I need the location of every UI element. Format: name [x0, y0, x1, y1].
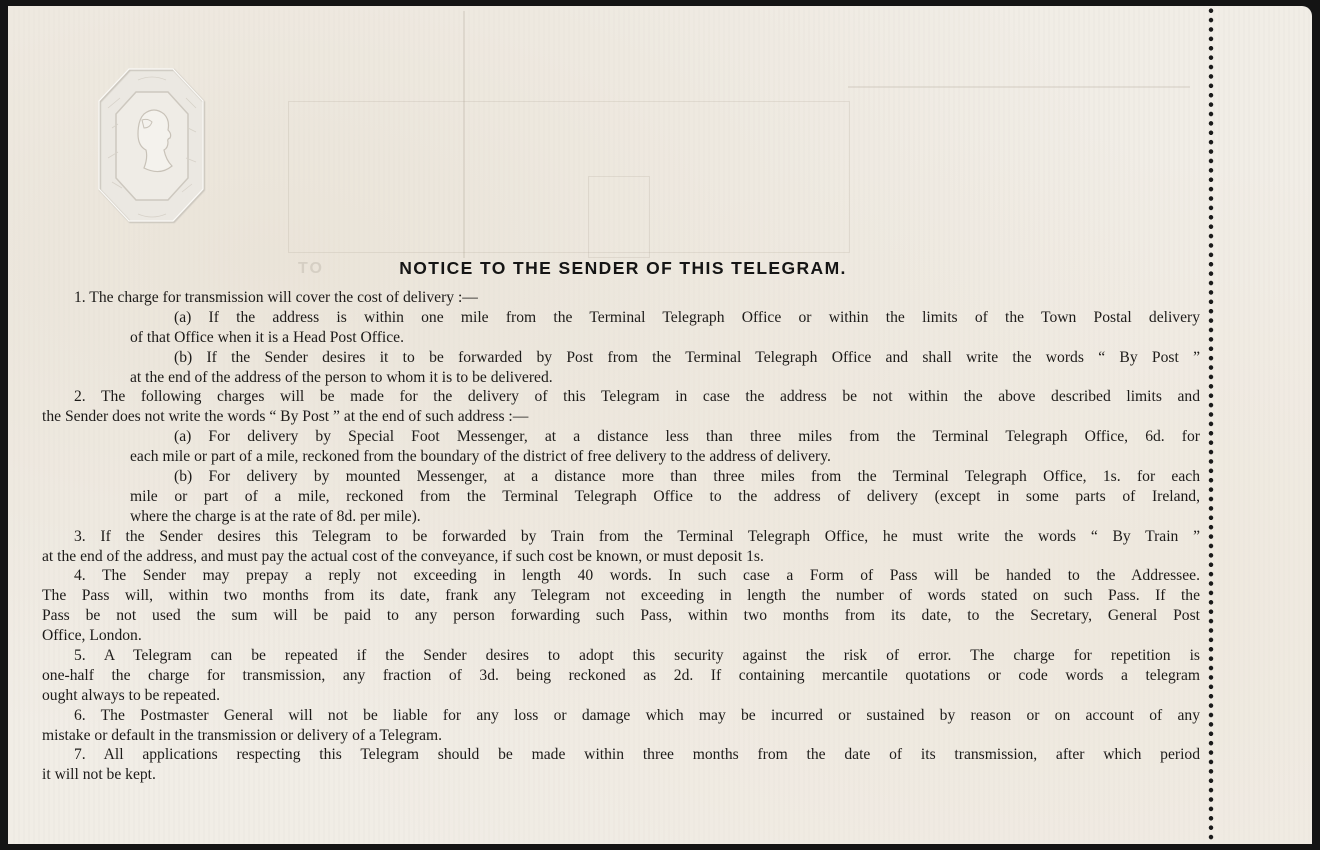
show-through-rule [463, 11, 465, 258]
notice-line: 4. The Sender may prepay a reply not exc… [42, 566, 1200, 586]
show-through-rule [848, 86, 1190, 88]
notice-line: Office, London. [42, 626, 1200, 646]
notice-line: 1. The charge for transmission will cove… [42, 288, 1200, 308]
embossed-stamp-icon [98, 68, 206, 224]
notice-line: The Pass will, within two months from it… [42, 586, 1200, 606]
notice-line: 5. A Telegram can be repeated if the Sen… [42, 646, 1200, 666]
notice-line: 2. The following charges will be made fo… [42, 387, 1200, 407]
perforation-line [1207, 6, 1215, 844]
notice-title: NOTICE TO THE SENDER OF THIS TELEGRAM. [0, 258, 1240, 279]
notice-line: (a) If the address is within one mile fr… [42, 308, 1200, 328]
notice-line: of that Office when it is a Head Post Of… [42, 328, 1200, 348]
notice-line: each mile or part of a mile, reckoned fr… [42, 447, 1200, 467]
notice-line: mistake or default in the transmission o… [42, 726, 1200, 746]
show-through-box [588, 176, 650, 258]
notice-line: (b) If the Sender desires it to be forwa… [42, 348, 1200, 368]
notice-line: at the end of the address, and must pay … [42, 547, 1200, 567]
notice-line: one-half the charge for transmission, an… [42, 666, 1200, 686]
notice-line: where the charge is at the rate of 8d. p… [42, 507, 1200, 527]
notice-line: it will not be kept. [42, 765, 1200, 785]
notice-line: Pass be not used the sum will be paid to… [42, 606, 1200, 626]
notice-line: at the end of the address of the person … [42, 368, 1200, 388]
notice-line: 7. All applications respecting this Tele… [42, 745, 1200, 765]
notice-line: 3. If the Sender desires this Telegram t… [42, 527, 1200, 547]
notice-line: mile or part of a mile, reckoned from th… [42, 487, 1200, 507]
notice-body: 1. The charge for transmission will cove… [42, 288, 1200, 785]
notice-line: the Sender does not write the words “ By… [42, 407, 1200, 427]
show-through-form-box [288, 101, 850, 253]
notice-line: 6. The Postmaster General will not be li… [42, 706, 1200, 726]
notice-line: (b) For delivery by mounted Messenger, a… [42, 467, 1200, 487]
notice-line: (a) For delivery by Special Foot Messeng… [42, 427, 1200, 447]
notice-line: ought always to be repeated. [42, 686, 1200, 706]
